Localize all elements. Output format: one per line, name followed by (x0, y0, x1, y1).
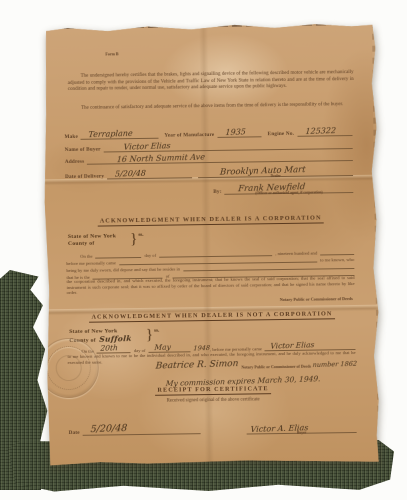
certification-paragraph: The undersigned hereby certifies that th… (68, 70, 354, 94)
make-value-handwritten: Terraplane (89, 128, 134, 138)
notary-number-handwritten: number 1862 (313, 360, 358, 369)
ack-corporation-venue: State of New York County of } ss. (68, 231, 144, 249)
notary-signature-handwritten: Beatrice R. Simon (155, 359, 238, 372)
ack-corporation-heading: ACKNOWLEDGMENT WHEN DEALER IS A CORPORAT… (44, 214, 378, 226)
form-number: Form B (105, 51, 118, 56)
by-label: By: (213, 189, 221, 195)
receipt-signature-row: Victor A. Elias Buyer (246, 420, 356, 435)
date-line: 5/20/48 (83, 420, 201, 436)
receipt-date-row: Date 5/20/48 (68, 420, 200, 436)
year-label: Year of Manufacture (164, 132, 214, 139)
engine-value-handwritten: 125322 (305, 125, 336, 135)
buyer-signature-line: Victor A. Elias Buyer (246, 420, 356, 435)
notary-signature-row: Beatrice R. Simon Notary Public or Commi… (156, 358, 370, 371)
buyer-label: Name of Buyer (65, 147, 101, 154)
buyer-sublabel: Buyer (247, 430, 357, 436)
by-sublabel: (Officer or authorized agent, if corpora… (225, 190, 354, 196)
engine-line: 125322 (297, 126, 352, 137)
row-make: Make Terraplane Year of Manufacture 1935… (64, 126, 352, 140)
ss-abbrev: ss. (138, 233, 143, 238)
dealer-line: Brooklyn Auto Mart Dealer (198, 163, 353, 178)
state-line: State of New York (68, 233, 116, 241)
address-label: Address (65, 159, 85, 165)
certificate-paper: Form B The undersigned hereby certifies … (41, 22, 381, 467)
ack-corp-notary-caption: Notary Public or Commissioner of Deeds (280, 296, 353, 302)
buyer-value-handwritten: Victor Elias (123, 141, 171, 151)
make-label: Make (64, 134, 78, 140)
by-line: Frank Newfield (Officer or authorized ag… (225, 180, 354, 195)
photo-of-certificate: Form B The undersigned hereby certifies … (0, 0, 407, 500)
delivery-line: 5/20/48 (107, 168, 192, 179)
ack-corp-body: the corporation described in, and which … (66, 275, 354, 296)
appearer-name-handwritten: Victor Elias (271, 340, 316, 350)
notary-caption: Notary Public or Commissioner of Deeds (241, 364, 311, 370)
row-delivery-dealer: Date of Delivery 5/20/48 Brooklyn Auto M… (65, 163, 353, 180)
county-line: County of (68, 240, 116, 248)
delivery-value-handwritten: 5/20/48 (115, 168, 147, 178)
address-value-handwritten: 16 North Summit Ave (117, 152, 206, 164)
month-handwritten: May (154, 342, 171, 352)
year-value-handwritten: 1935 (225, 127, 246, 137)
continuance-paragraph: The continuance of satisfactory and adeq… (68, 102, 354, 113)
torn-right-edge (372, 24, 381, 460)
year-line: 1935 (217, 127, 261, 138)
delivery-label: Date of Delivery (65, 173, 104, 180)
day-handwritten: 20th (100, 343, 118, 353)
date-label: Date (69, 430, 80, 436)
row-by-signature: By: Frank Newfield (Officer or authorize… (213, 180, 353, 195)
receipt-heading: RECEIPT FOR CERTIFICATE (46, 384, 380, 396)
buyer-line: Victor Elias (104, 139, 353, 152)
make-line: Terraplane (81, 129, 159, 140)
brace: } (130, 231, 137, 248)
county-value-handwritten: Suffolk (99, 334, 132, 342)
brace: } (146, 327, 153, 344)
date-value-handwritten: 5/20/48 (90, 422, 127, 434)
ss-abbrev: ss. (154, 329, 159, 334)
engine-label: Engine No. (268, 131, 295, 137)
